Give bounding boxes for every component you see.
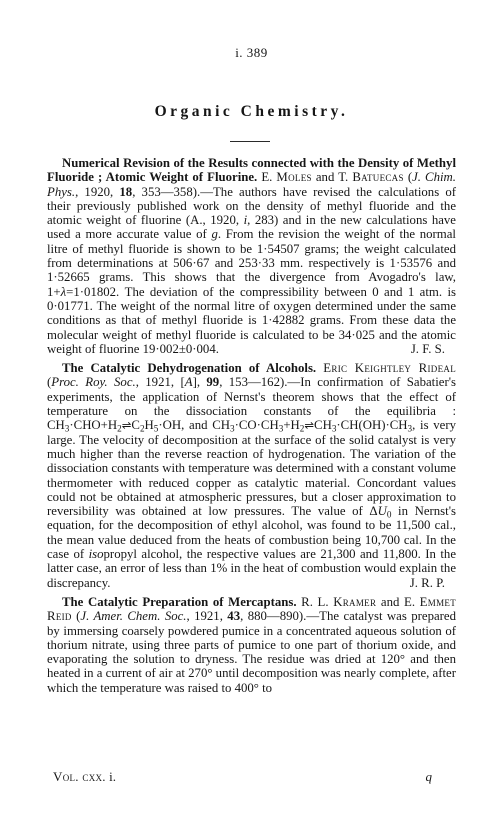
section-title: Organic Chemistry. (47, 103, 456, 121)
catchword: q (426, 769, 433, 785)
reviewer-initials: J. R. P. (410, 576, 445, 590)
volume-label: Vol. cxx. i. (47, 769, 116, 784)
abstract-preparation-mercaptans: The Catalytic Preparation of Mercaptans.… (47, 595, 456, 695)
section-divider-rule (230, 141, 270, 142)
journal-page: i. 389 Organic Chemistry. Numerical Revi… (0, 0, 500, 825)
page-number: i. 389 (47, 45, 456, 61)
abstracts-column: Numerical Revision of the Results connec… (47, 156, 456, 695)
abstract-text: The Catalytic Dehydrogenation of Alcohol… (47, 361, 456, 589)
abstract-methyl-fluoride: Numerical Revision of the Results connec… (47, 156, 456, 356)
abstract-text: The Catalytic Preparation of Mercaptans.… (47, 595, 456, 695)
abstract-text: Numerical Revision of the Results connec… (47, 156, 456, 356)
abstract-dehydrogenation-alcohols: The Catalytic Dehydrogenation of Alcohol… (47, 361, 456, 590)
page-footer: Vol. cxx. i. q (47, 769, 456, 785)
reviewer-initials: J. F. S. (411, 342, 445, 356)
